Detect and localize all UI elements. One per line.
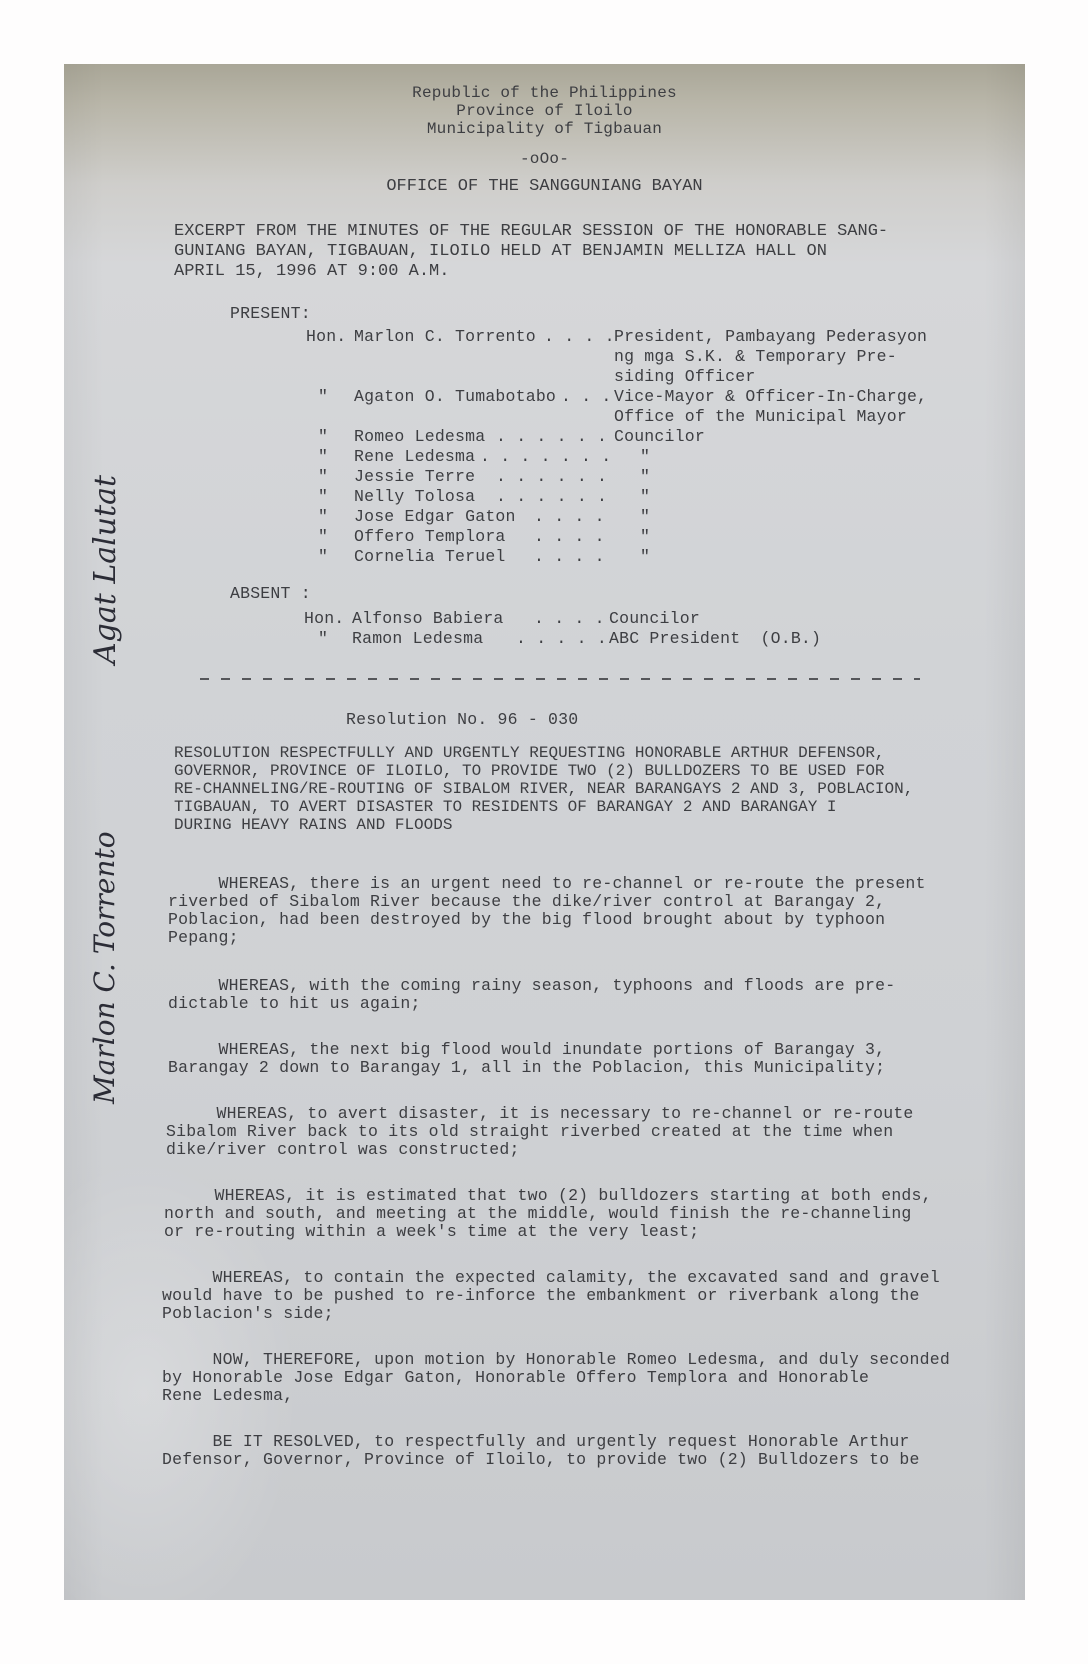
header-province: Province of Iloilo [64, 102, 1025, 120]
paragraph-line: Rene Ledesma, [162, 1386, 293, 1405]
leader-dots: . . . . . . [496, 467, 607, 486]
member-prefix: " [318, 527, 328, 546]
leader-dots: . . . . [534, 609, 605, 628]
member-name: Jose Edgar Gaton [354, 507, 516, 526]
leader-dots: . . . . [534, 507, 605, 526]
paragraph-line: by Honorable Jose Edgar Gaton, Honorable… [162, 1368, 869, 1387]
member-position: " [640, 467, 650, 486]
resolution-title-line: RESOLUTION RESPECTFULLY AND URGENTLY REQ… [174, 744, 885, 762]
leader-dots: . . . . . . [496, 487, 607, 506]
member-position: ng mga S.K. & Temporary Pre- [614, 347, 897, 366]
leader-dots: . . . . . . [496, 427, 607, 446]
excerpt-line: EXCERPT FROM THE MINUTES OF THE REGULAR … [174, 222, 888, 241]
member-name: Romeo Ledesma [354, 427, 485, 446]
paragraph-line: riverbed of Sibalom River because the di… [168, 892, 885, 911]
paragraph-line: WHEREAS, to contain the expected calamit… [162, 1268, 940, 1287]
paragraph-line: WHEREAS, it is estimated that two (2) bu… [164, 1186, 932, 1205]
leader-dots: . . . . [544, 327, 615, 346]
paragraph-line: dike/river control was constructed; [166, 1140, 520, 1159]
member-prefix: " [318, 447, 328, 466]
paragraph-line: Pepang; [168, 928, 239, 947]
scanned-document-page: Republic of the Philippines Province of … [64, 64, 1025, 1600]
excerpt-line: APRIL 15, 1996 AT 9:00 A.M. [174, 262, 449, 281]
leader-dots: . . . [561, 387, 612, 406]
member-position: siding Officer [614, 367, 755, 386]
member-name: Alfonso Babiera [352, 609, 504, 628]
header-municipality: Municipality of Tigbauan [64, 120, 1025, 138]
paragraph-line: WHEREAS, to avert disaster, it is necess… [166, 1104, 914, 1123]
paragraph-line: WHEREAS, the next big flood would inunda… [168, 1040, 885, 1059]
member-name: Rene Ledesma [354, 447, 475, 466]
resolution-title-line: TIGBAUAN, TO AVERT DISASTER TO RESIDENTS… [174, 798, 837, 816]
member-prefix: " [318, 467, 328, 486]
margin-signature-lower: Marlon C. Torrento [88, 831, 121, 1104]
member-prefix: " [318, 487, 328, 506]
member-position: President, Pambayang Pederasyon [614, 327, 927, 346]
member-position: " [640, 507, 650, 526]
header-ornament: -oOo- [64, 150, 1025, 168]
member-position: " [640, 527, 650, 546]
member-position: " [640, 547, 650, 566]
member-prefix: Hon. [304, 609, 344, 628]
paragraph-line: Sibalom River back to its old straight r… [166, 1122, 893, 1141]
member-prefix: " [318, 387, 328, 406]
member-name: Cornelia Teruel [354, 547, 506, 566]
paragraph-line: Defensor, Governor, Province of Iloilo, … [162, 1450, 920, 1469]
member-name: Ramon Ledesma [352, 629, 483, 648]
member-name: Agaton O. Tumabotabo [354, 387, 556, 406]
excerpt-line: GUNIANG BAYAN, TIGBAUAN, ILOILO HELD AT … [174, 242, 827, 261]
paragraph-line: north and south, and meeting at the midd… [164, 1204, 912, 1223]
margin-signature-upper: Agat Lalutat [88, 475, 123, 664]
paragraph-line: Poblacion, had been destroyed by the big… [168, 910, 885, 929]
member-position: Office of the Municipal Mayor [614, 407, 907, 426]
member-prefix: Hon. [306, 327, 346, 346]
member-prefix: " [318, 507, 328, 526]
leader-dots: . . . . [534, 527, 605, 546]
paragraph-line: would have to be pushed to re-inforce th… [162, 1286, 920, 1305]
member-position: Councilor [609, 609, 700, 628]
leader-dots: . . . . . [516, 629, 607, 648]
member-position: Vice-Mayor & Officer-In-Charge, [614, 387, 927, 406]
member-position: ABC President (O.B.) [609, 629, 821, 648]
leader-dots: . . . . . . . [480, 447, 611, 466]
paragraph-line: or re-routing within a week's time at th… [164, 1222, 699, 1241]
resolution-title-line: GOVERNOR, PROVINCE OF ILOILO, TO PROVIDE… [174, 762, 885, 780]
paragraph-line: NOW, THEREFORE, upon motion by Honorable… [162, 1350, 950, 1369]
present-label: PRESENT: [230, 304, 311, 323]
resolution-number: Resolution No. 96 - 030 [346, 710, 578, 729]
leader-dots: . . . . [534, 547, 605, 566]
member-name: Marlon C. Torrento [354, 327, 536, 346]
member-prefix: " [318, 427, 328, 446]
paragraph-line: BE IT RESOLVED, to respectfully and urge… [162, 1432, 910, 1451]
paragraph-line: dictable to hit us again; [168, 994, 421, 1013]
resolution-title-line: DURING HEAVY RAINS AND FLOODS [174, 816, 452, 834]
absent-label: ABSENT : [230, 584, 311, 603]
member-prefix: " [318, 629, 328, 648]
member-name: Jessie Terre [354, 467, 475, 486]
paragraph-line: WHEREAS, there is an urgent need to re-c… [168, 874, 926, 893]
member-prefix: " [318, 547, 328, 566]
office-title: OFFICE OF THE SANGGUNIANG BAYAN [64, 177, 1025, 196]
member-position: Councilor [614, 427, 705, 446]
paragraph-line: Poblacion's side; [162, 1304, 334, 1323]
member-name: Nelly Tolosa [354, 487, 475, 506]
paragraph-line: WHEREAS, with the coming rainy season, t… [168, 976, 895, 995]
resolution-title-line: RE-CHANNELING/RE-ROUTING OF SIBALOM RIVE… [174, 780, 913, 798]
member-name: Offero Templora [354, 527, 506, 546]
member-position: " [640, 447, 650, 466]
paragraph-line: Barangay 2 down to Barangay 1, all in th… [168, 1058, 885, 1077]
section-divider [200, 678, 920, 680]
member-position: " [640, 487, 650, 506]
header-republic: Republic of the Philippines [64, 84, 1025, 102]
